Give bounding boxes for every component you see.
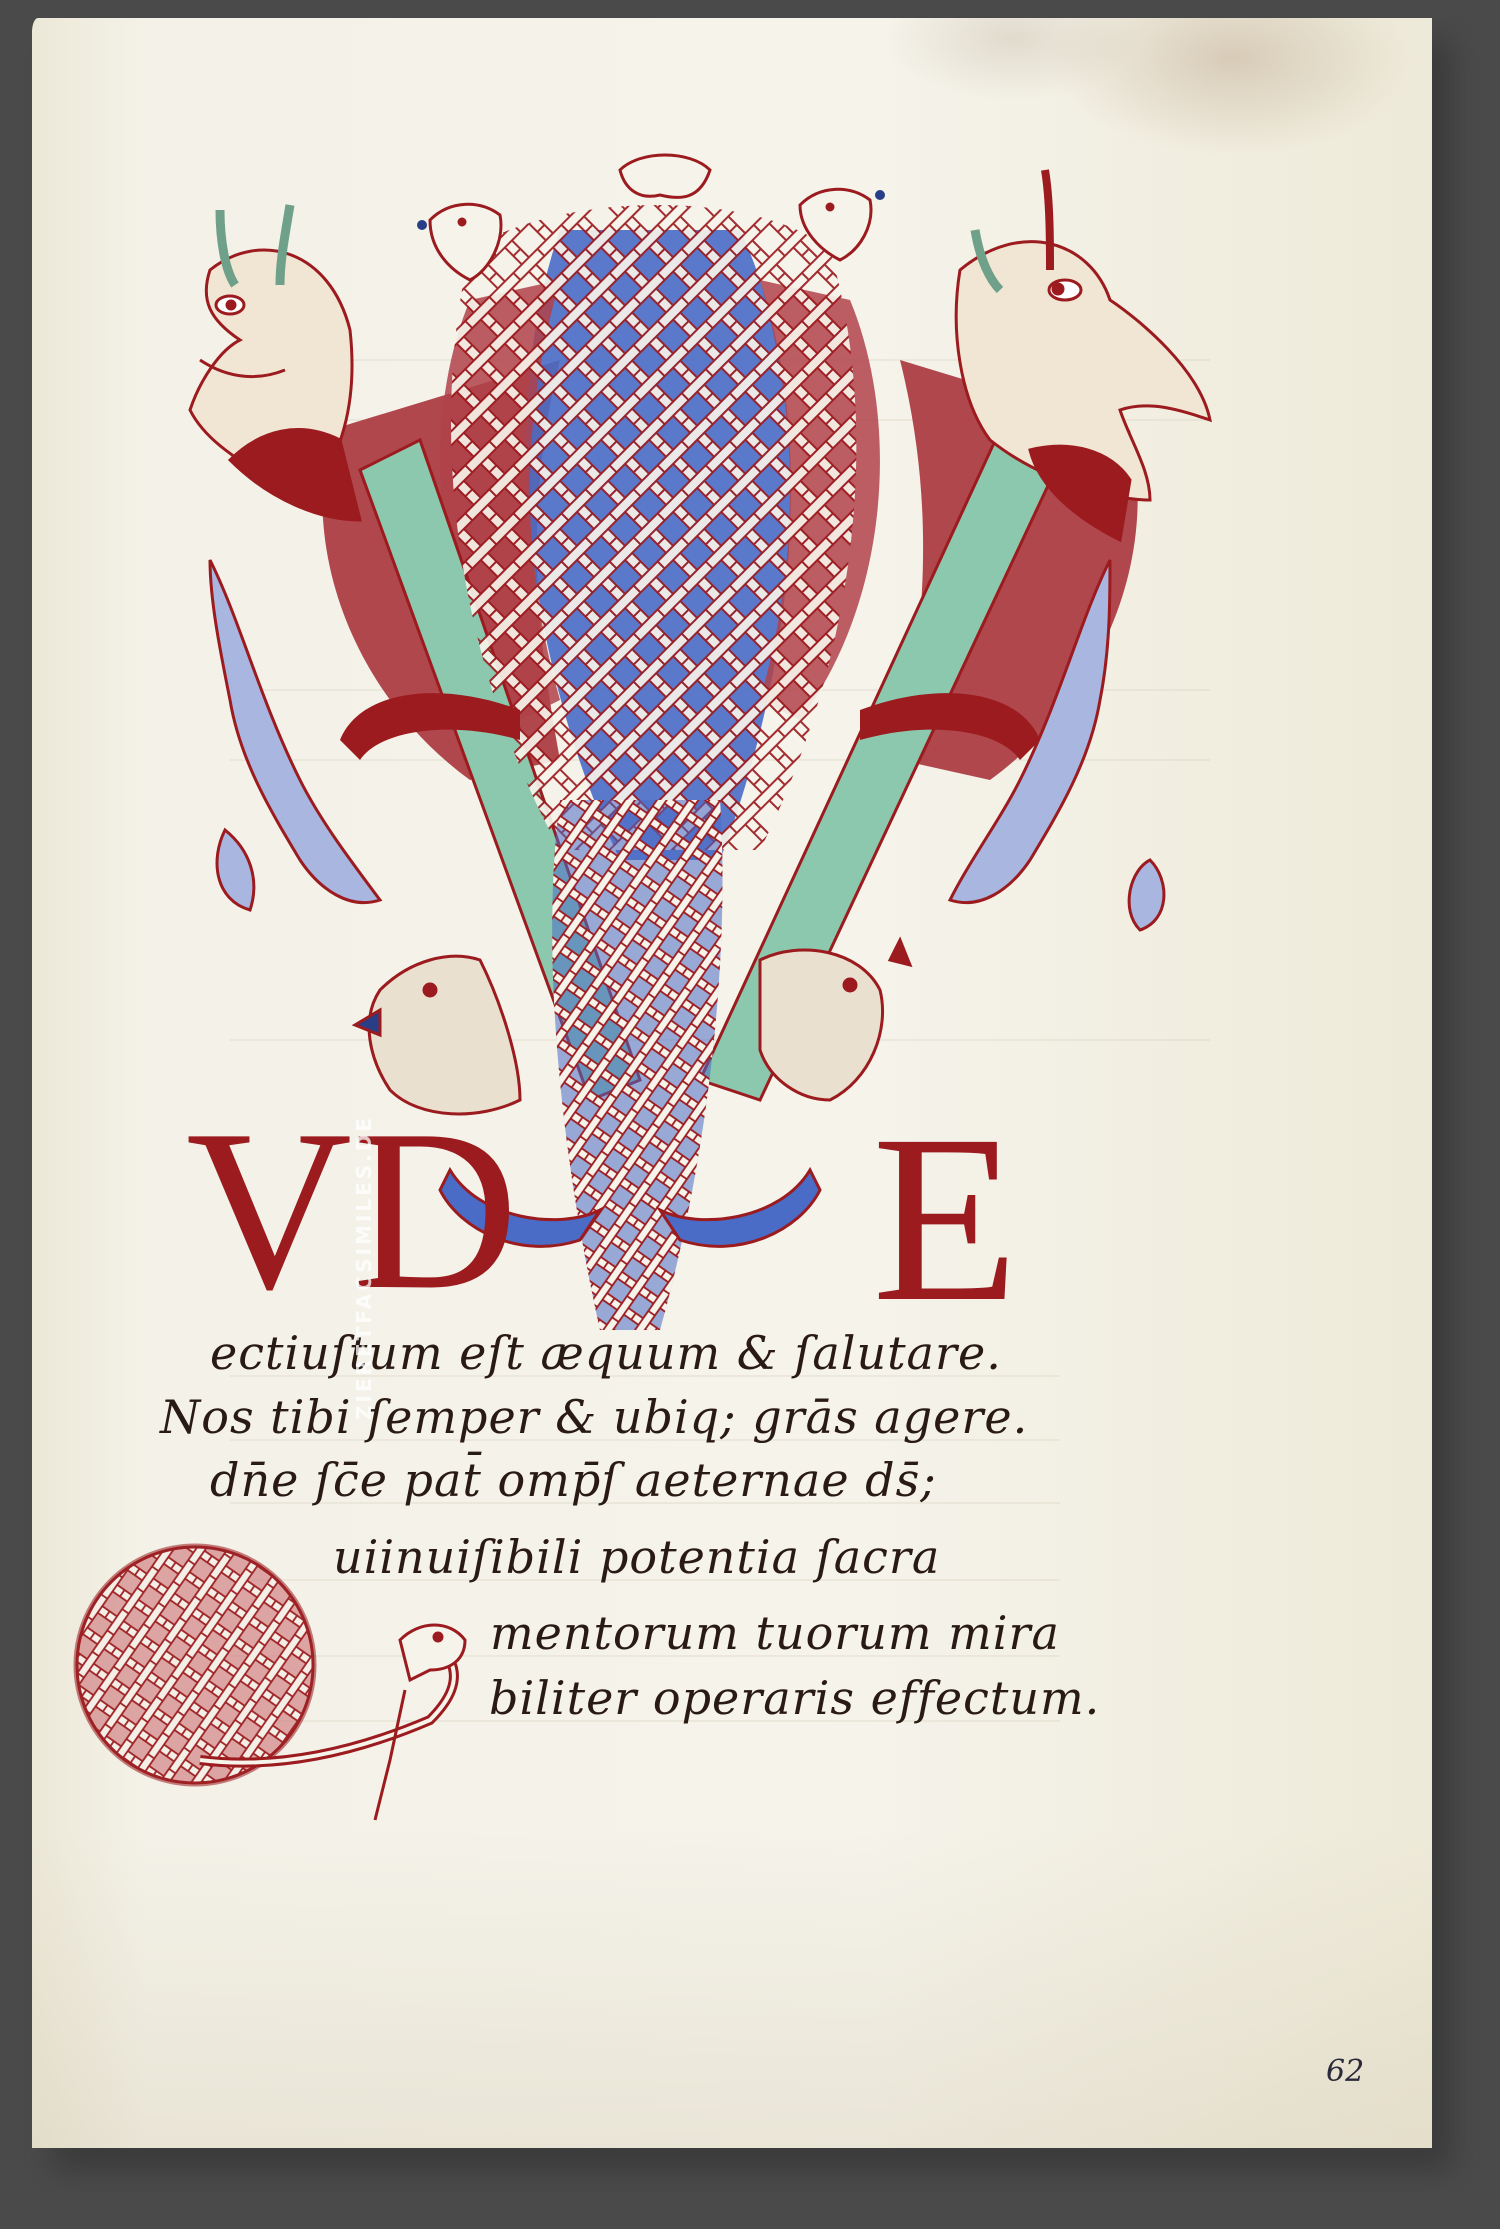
text-line-1: ectiuſtum eſt æquum & ſalutare. [210, 1330, 1002, 1376]
page-number: 62 [1326, 2054, 1364, 2089]
text-line-4: uiinuiſibili potentia ſacra [333, 1534, 940, 1580]
text-line-3: dn̄e ſc̄e pat̄ omp̄ſ aeternae ds̄; [210, 1457, 937, 1503]
text-line-6: biliter operaris effectum. [489, 1675, 1100, 1721]
manuscript-text: ectiuſtum eſt æquum & ſalutare. Nos tibi… [0, 0, 1500, 2229]
watermark: ZIERETFACSIMILES.DE [352, 1115, 376, 1420]
text-line-2: Nos tibi ſemper & ubiq; grās agere. [160, 1394, 1028, 1440]
text-line-5: mentorum tuorum mira [490, 1610, 1060, 1656]
